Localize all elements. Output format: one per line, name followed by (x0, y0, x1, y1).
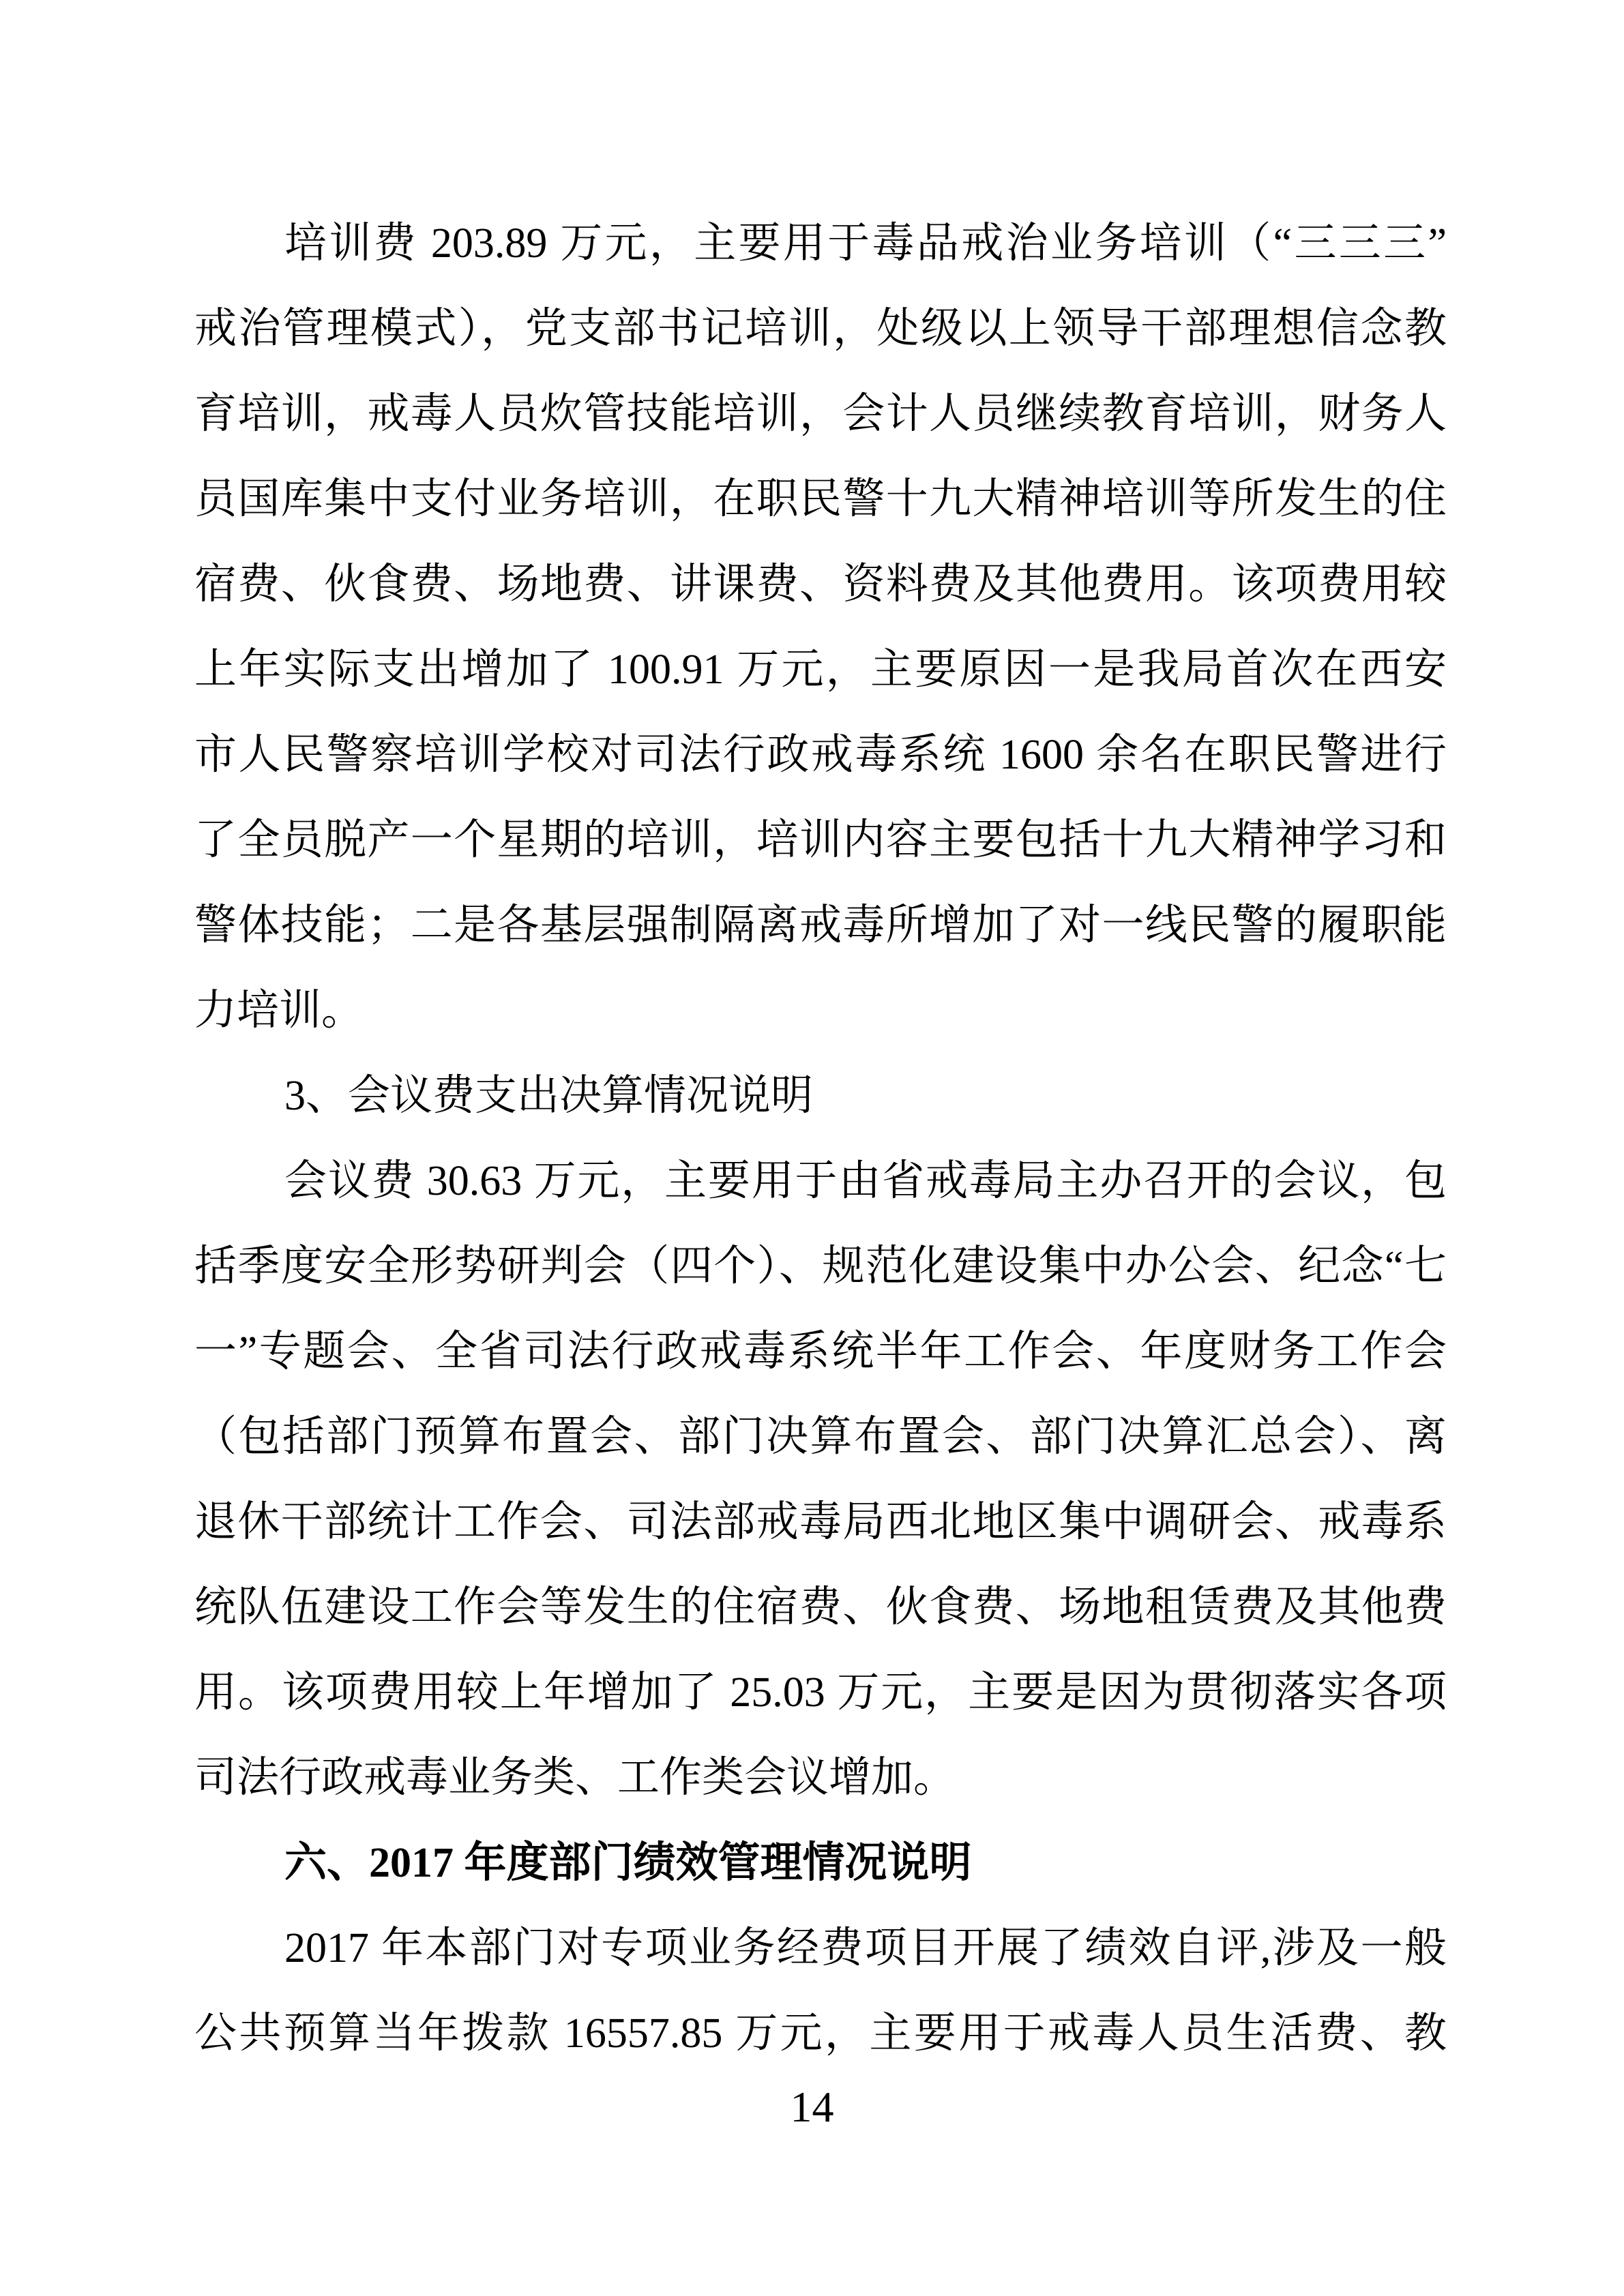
document-page: 培训费 203.89 万元，主要用于毒品戒治业务培训（“三三三” 戒治管理模式）… (0, 0, 1624, 2296)
text-line: 了全员脱产一个星期的培训，培训内容主要包括十九大精神学习和 (194, 798, 1447, 883)
text-line: 司法行政戒毒业务类、工作类会议增加。 (194, 1735, 1447, 1821)
page-number: 14 (0, 2073, 1624, 2141)
text-line: 培训费 203.89 万元，主要用于毒品戒治业务培训（“三三三” (194, 201, 1447, 286)
text-line: 上年实际支出增加了 100.91 万元，主要原因一是我局首次在西安 (194, 627, 1447, 713)
text-line: 用。该项费用较上年增加了 25.03 万元，主要是因为贯彻落实各项 (194, 1650, 1447, 1735)
text-line: 一”专题会、全省司法行政戒毒系统半年工作会、年度财务工作会 (194, 1309, 1447, 1395)
text-line: 警体技能；二是各基层强制隔离戒毒所增加了对一线民警的履职能 (194, 883, 1447, 968)
text-line: 育培训，戒毒人员炊管技能培训，会计人员继续教育培训，财务人 (194, 372, 1447, 457)
text-line: 宿费、伙食费、场地费、讲课费、资料费及其他费用。该项费用较 (194, 542, 1447, 627)
text-line: （包括部门预算布置会、部门决算布置会、部门决算汇总会）、离 (194, 1395, 1447, 1480)
section-heading: 六、2017 年度部门绩效管理情况说明 (194, 1821, 1447, 1906)
text-line: 员国库集中支付业务培训，在职民警十九大精神培训等所发生的住 (194, 457, 1447, 542)
text-line: 括季度安全形势研判会（四个）、规范化建设集中办公会、纪念“七 (194, 1224, 1447, 1309)
text-line: 戒治管理模式），党支部书记培训，处级以上领导干部理想信念教 (194, 286, 1447, 372)
text-line: 市人民警察培训学校对司法行政戒毒系统 1600 余名在职民警进行 (194, 713, 1447, 798)
text-line: 2017 年本部门对专项业务经费项目开展了绩效自评,涉及一般 (194, 1906, 1447, 1991)
text-line: 退休干部统计工作会、司法部戒毒局西北地区集中调研会、戒毒系 (194, 1480, 1447, 1565)
document-body: 培训费 203.89 万元，主要用于毒品戒治业务培训（“三三三” 戒治管理模式）… (194, 201, 1447, 2076)
text-line: 力培训。 (194, 968, 1447, 1054)
list-item-heading: 3、会议费支出决算情况说明 (194, 1054, 1447, 1139)
text-line: 统队伍建设工作会等发生的住宿费、伙食费、场地租赁费及其他费 (194, 1565, 1447, 1650)
text-line: 公共预算当年拨款 16557.85 万元，主要用于戒毒人员生活费、教 (194, 1991, 1447, 2076)
text-line: 会议费 30.63 万元，主要用于由省戒毒局主办召开的会议，包 (194, 1139, 1447, 1224)
